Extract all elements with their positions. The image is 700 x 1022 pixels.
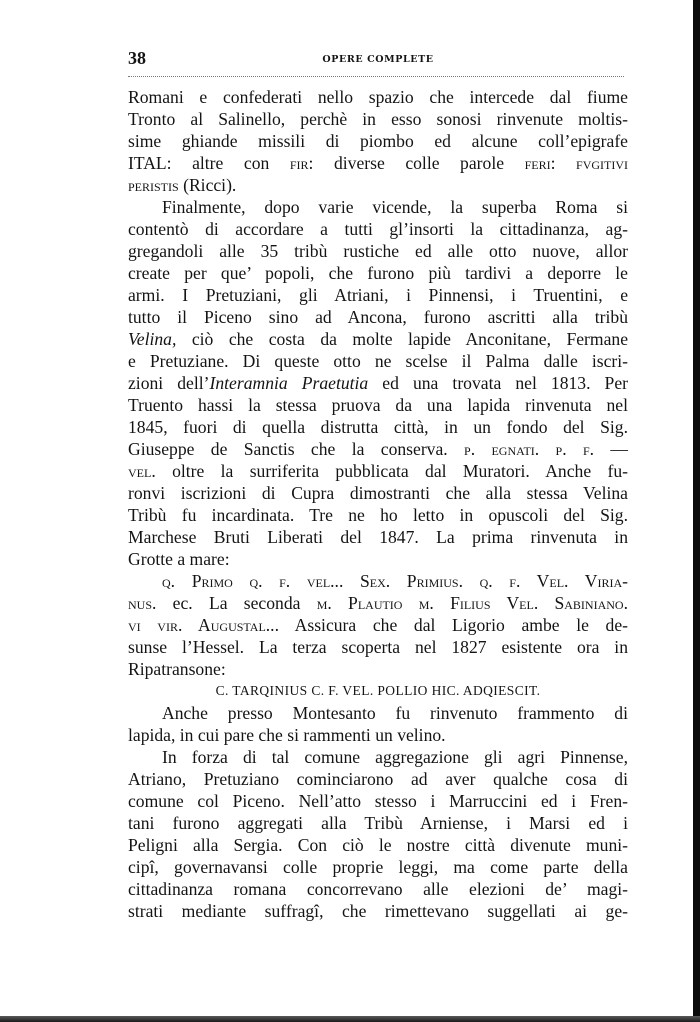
text-segment: tutto il Piceno sino ad Ancona, furono a… bbox=[128, 307, 628, 327]
text-segment: contentò di accordare a tutti gl’insorti… bbox=[128, 219, 628, 239]
text-segment: strati mediante suffragî, che rimettevan… bbox=[128, 901, 628, 921]
small-caps-text: peristis bbox=[128, 175, 179, 195]
text-segment: — bbox=[594, 439, 628, 459]
text-line: tani furono aggregati alla Tribù Arniens… bbox=[128, 812, 628, 834]
small-caps-text: q. Primo q. f. vel... Sex. Primius. q. f… bbox=[162, 571, 628, 591]
text-segment: ITAL: altre con bbox=[128, 153, 290, 173]
text-line: vel. oltre la surriferita pubblicata dal… bbox=[128, 460, 628, 482]
small-caps-text: nus. bbox=[128, 593, 156, 613]
text-segment: ed una trovata nel 1813. Per bbox=[368, 373, 628, 393]
small-caps-text: fir bbox=[290, 153, 309, 173]
text-segment: Anche presso Montesanto fu rinvenuto fra… bbox=[162, 703, 628, 723]
text-line: Truento hassi la stessa pruova da una la… bbox=[128, 394, 628, 416]
small-caps-text: m. Plautio m. Filius Vel. Sabiniano. bbox=[317, 593, 628, 613]
text-segment: sime ghiande missili di piombo ed alcune… bbox=[128, 131, 628, 151]
text-line: contentò di accordare a tutti gl’insorti… bbox=[128, 218, 628, 240]
book-page: 38 OPERE COMPLETE Romani e confederati n… bbox=[128, 46, 628, 922]
text-segment: lapida, in cui pare che si rammenti un v… bbox=[128, 725, 446, 745]
text-line: Atriano, Pretuziano cominciarono ad aver… bbox=[128, 768, 628, 790]
text-segment: tani furono aggregati alla Tribù Arniens… bbox=[128, 813, 628, 833]
running-title: OPERE COMPLETE bbox=[128, 54, 628, 65]
text-line: zioni dell’Interamnia Praetutia ed una t… bbox=[128, 372, 628, 394]
text-segment: Tribù fu incardinata. Tre ne ho letto in… bbox=[128, 505, 628, 525]
text-segment: ec. La seconda bbox=[156, 593, 316, 613]
text-segment: ronvi iscrizioni di Cupra dimostranti ch… bbox=[128, 483, 628, 503]
text-line: vi vir. Augustal... Assicura che dal Lig… bbox=[128, 614, 628, 636]
text-line: In forza di tal comune aggregazione gli … bbox=[128, 746, 628, 768]
italic-text: Interamnia Praetutia bbox=[210, 373, 369, 393]
text-segment: (Ricci). bbox=[179, 175, 237, 195]
text-line: tutto il Piceno sino ad Ancona, furono a… bbox=[128, 306, 628, 328]
text-line: Peligni alla Sergia. Con ciò le nostre c… bbox=[128, 834, 628, 856]
text-line: Romani e confederati nello spazio che in… bbox=[128, 86, 628, 108]
text-segment: : diverse colle parole bbox=[309, 153, 525, 173]
text-line: q. Primo q. f. vel... Sex. Primius. q. f… bbox=[128, 570, 628, 592]
text-segment: ciò che costa da molte lapide Anconitane… bbox=[176, 329, 628, 349]
text-line: gregandoli alle 35 tribù rustiche ed all… bbox=[128, 240, 628, 262]
text-line: cittadinanza romana concorrevano alle el… bbox=[128, 878, 628, 900]
text-segment: Grotte a mare: bbox=[128, 549, 230, 569]
text-line: create per que’ popoli, che furono più t… bbox=[128, 262, 628, 284]
text-line: ronvi iscrizioni di Cupra dimostranti ch… bbox=[128, 482, 628, 504]
text-segment: Finalmente, dopo varie vicende, la super… bbox=[162, 197, 628, 217]
text-line: peristis (Ricci). bbox=[128, 174, 628, 196]
text-line: cipî, governavansi colle proprie leggi, … bbox=[128, 856, 628, 878]
text-segment: comune col Piceno. Nell’atto stesso i Ma… bbox=[128, 791, 628, 811]
text-line: lapida, in cui pare che si rammenti un v… bbox=[128, 724, 628, 746]
text-segment: Truento hassi la stessa pruova da una la… bbox=[128, 395, 628, 415]
text-line: Marchese Bruti Liberati del 1847. La pri… bbox=[128, 526, 628, 548]
text-segment: sunse l’Hessel. La terza scoperta nel 18… bbox=[128, 637, 628, 657]
running-head: 38 OPERE COMPLETE bbox=[128, 46, 628, 72]
text-segment: Romani e confederati nello spazio che in… bbox=[128, 87, 628, 107]
text-line: nus. ec. La seconda m. Plautio m. Filius… bbox=[128, 592, 628, 614]
scan-right-edge bbox=[693, 0, 700, 1022]
text-line: Giuseppe de Sanctis che la conserva. p. … bbox=[128, 438, 628, 460]
italic-text: Velina, bbox=[128, 329, 176, 349]
text-segment: In forza di tal comune aggregazione gli … bbox=[162, 747, 628, 767]
text-segment: 1845, fuori di quella distrutta città, i… bbox=[128, 417, 628, 437]
text-line: C. TARQINIUS C. F. VEL. POLLIO HIC. ADQI… bbox=[128, 680, 628, 702]
text-line: Tribù fu incardinata. Tre ne ho letto in… bbox=[128, 504, 628, 526]
text-segment: create per que’ popoli, che furono più t… bbox=[128, 263, 628, 283]
text-segment: e Pretuziane. Di queste otto ne scelse i… bbox=[128, 351, 628, 371]
text-line: 1845, fuori di quella distrutta città, i… bbox=[128, 416, 628, 438]
text-line: armi. I Pretuziani, gli Atriani, i Pinne… bbox=[128, 284, 628, 306]
body-text: Romani e confederati nello spazio che in… bbox=[128, 86, 628, 922]
text-segment: zioni dell’ bbox=[128, 373, 210, 393]
text-segment: Giuseppe de Sanctis che la conserva. bbox=[128, 439, 464, 459]
scan-bottom-edge bbox=[0, 1016, 700, 1022]
text-line: ITAL: altre con fir: diverse colle parol… bbox=[128, 152, 628, 174]
text-line: Velina, ciò che costa da molte lapide An… bbox=[128, 328, 628, 350]
text-line: Tronto al Salinello, perchè in esso sono… bbox=[128, 108, 628, 130]
text-segment: gregandoli alle 35 tribù rustiche ed all… bbox=[128, 241, 628, 261]
text-segment: Assicura che dal Ligorio ambe le de- bbox=[279, 615, 628, 635]
text-line: Anche presso Montesanto fu rinvenuto fra… bbox=[128, 702, 628, 724]
text-line: strati mediante suffragî, che rimettevan… bbox=[128, 900, 628, 922]
text-line: sunse l’Hessel. La terza scoperta nel 18… bbox=[128, 636, 628, 658]
text-line: sime ghiande missili di piombo ed alcune… bbox=[128, 130, 628, 152]
text-segment: Ripatransone: bbox=[128, 659, 226, 679]
text-segment: C. TARQINIUS C. F. VEL. POLLIO HIC. ADQI… bbox=[216, 683, 541, 698]
text-segment: Peligni alla Sergia. Con ciò le nostre c… bbox=[128, 835, 628, 855]
small-caps-text: vi vir. Augustal... bbox=[128, 615, 279, 635]
text-line: Grotte a mare: bbox=[128, 548, 628, 570]
small-caps-text: feri: fvgitivi bbox=[525, 153, 628, 173]
text-segment: oltre la surriferita pubblicata dal Mura… bbox=[156, 461, 628, 481]
text-segment: cittadinanza romana concorrevano alle el… bbox=[128, 879, 628, 899]
text-segment: Atriano, Pretuziano cominciarono ad aver… bbox=[128, 769, 628, 789]
header-dotted-rule bbox=[128, 76, 624, 77]
text-line: e Pretuziane. Di queste otto ne scelse i… bbox=[128, 350, 628, 372]
text-line: Finalmente, dopo varie vicende, la super… bbox=[128, 196, 628, 218]
text-segment: cipî, governavansi colle proprie leggi, … bbox=[128, 857, 628, 877]
text-segment: armi. I Pretuziani, gli Atriani, i Pinne… bbox=[128, 285, 628, 305]
small-caps-text: vel. bbox=[128, 461, 156, 481]
text-line: comune col Piceno. Nell’atto stesso i Ma… bbox=[128, 790, 628, 812]
text-line: Ripatransone: bbox=[128, 658, 628, 680]
text-segment: Marchese Bruti Liberati del 1847. La pri… bbox=[128, 527, 628, 547]
text-segment: Tronto al Salinello, perchè in esso sono… bbox=[128, 109, 628, 129]
small-caps-text: p. egnati. p. f. bbox=[464, 439, 594, 459]
